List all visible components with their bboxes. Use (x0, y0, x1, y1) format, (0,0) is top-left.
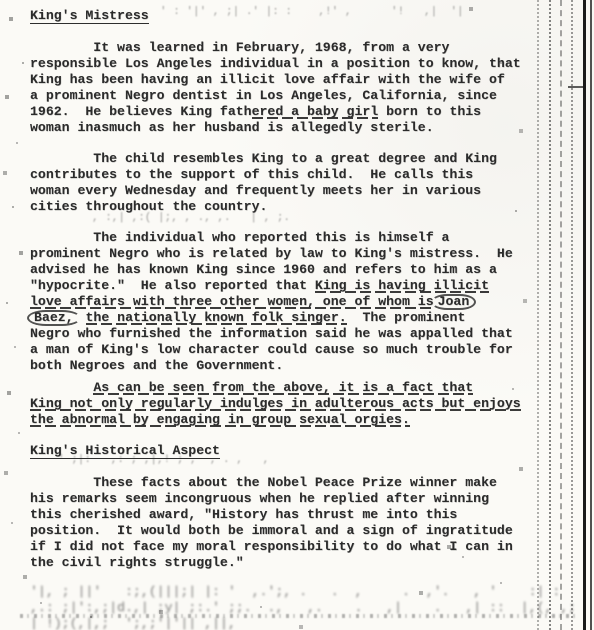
text-segment: | !);(,|,; ';,;'|'|| ,||, (30, 616, 236, 630)
text-segment: contributes to the support of this child… (30, 167, 473, 182)
pen-underline-text: ered a baby girl (252, 104, 379, 119)
text-line: position. It would both be immoral and a… (30, 523, 550, 539)
text-line: Negro who furnished the information said… (30, 326, 550, 342)
text-segment: The prominent (347, 310, 466, 325)
text-segment: if I did not face my moral responsibilit… (30, 539, 513, 554)
text-line: The individual who reported this is hims… (30, 230, 550, 246)
paragraph: These facts about the Nobel Peace Prize … (30, 475, 550, 571)
text-line: this cherished award, "History has thrus… (30, 507, 550, 523)
text-segment: woman every Wednesday and frequently mee… (30, 183, 481, 198)
smudge-lines: '|, ; ||' :;,(|||;| |: ' ,.';, . . , . ,… (30, 584, 550, 630)
text-segment: The child resembles King to a great degr… (30, 151, 497, 166)
document-body: King's Mistress It was learned in Februa… (30, 8, 550, 630)
text-line: his remarks seem incongruous when he rep… (30, 491, 550, 507)
text-segment: born to this (378, 104, 481, 119)
paragraph: As can be seen from the above, it is a f… (30, 380, 550, 428)
text-line: responsible Los Angeles individual in a … (30, 56, 550, 72)
pen-underline-text: love affairs with three other women, one… (30, 294, 434, 309)
pen-underline-text: King is having illicit (315, 278, 489, 293)
text-segment: It was learned in February, 1968, from a… (30, 40, 449, 55)
text-segment: The individual who reported this is hims… (30, 230, 449, 245)
text-line: "hypocrite." He also reported that King … (30, 278, 550, 294)
text-line: contributes to the support of this child… (30, 167, 550, 183)
text-segment: responsible Los Angeles individual in a … (30, 56, 521, 71)
pen-underline-text: King not only regularly indulges in adul… (30, 396, 521, 411)
text-segment (30, 380, 93, 395)
text-segment: this cherished award, "History has thrus… (30, 507, 457, 522)
text-segment: "hypocrite." He also reported that (30, 278, 315, 293)
text-line: The child resembles King to a great degr… (30, 151, 550, 167)
text-segment (78, 310, 86, 325)
text-segment: both Negroes and the Government. (30, 358, 283, 373)
text-line: King has been having an illicit love aff… (30, 72, 550, 88)
underlined-heading-text: King's Mistress (30, 8, 149, 24)
text-segment: '|, ; ||' :;,(|||;| |: ' ,.';, . . , . ,… (30, 584, 560, 599)
paragraph: The individual who reported this is hims… (30, 230, 550, 374)
pen-circled-text: Baez, (27, 310, 81, 326)
scan-artifact-dotted-line (549, 0, 551, 630)
scan-smudge-text: , :,| ,:( |;, , ., ,. | , ;. (92, 212, 290, 224)
text-line: love affairs with three other women, one… (30, 294, 550, 310)
text-line: prominent Negro who is related by law to… (30, 246, 550, 262)
text-segment: woman inasmuch as her husband is alleged… (30, 120, 434, 135)
text-segment: a prominent Negro dentist in Los Angeles… (30, 88, 497, 103)
text-segment: These facts about the Nobel Peace Prize … (30, 475, 497, 490)
text-line: 1962. He believes King fathered a baby g… (30, 104, 550, 120)
scan-artifact-dotted-line (537, 0, 539, 630)
text-segment: ,.: ;|':,;|d.,| ;y| ;:.' ;;. ., ,. . ,| … (30, 600, 576, 615)
text-line: both Negroes and the Government. (30, 358, 550, 374)
text-segment: a man of King's low character could caus… (30, 342, 513, 357)
text-segment: Negro who furnished the information said… (30, 326, 513, 341)
text-segment: his remarks seem incongruous when he rep… (30, 491, 489, 506)
text-segment: prominent Negro who is related by law to… (30, 246, 513, 261)
pen-underline-text: the nationally known folk singer. (86, 310, 347, 325)
text-line: a man of King's low character could caus… (30, 342, 550, 358)
scan-artifact-edge-line (583, 0, 586, 630)
text-segment: 1962. He believes King fath (30, 104, 252, 119)
text-segment: advised he has known King since 1960 and… (30, 262, 497, 277)
scan-artifact-smear (20, 614, 580, 618)
text-line: | !);(,|,; ';,;'|'|| ,||, (30, 616, 550, 630)
text-line: the civil rights struggle." (30, 555, 550, 571)
text-line: As can be seen from the above, it is a f… (30, 380, 550, 396)
scan-artifact-dotted-line (571, 0, 573, 630)
text-line: King not only regularly indulges in adul… (30, 396, 550, 412)
text-line: '|, ; ||' :;,(|||;| |: ' ,.';, . . , . ,… (30, 584, 550, 600)
text-line: the abnormal by engaging in group sexual… (30, 412, 550, 428)
pen-circled-text: Joan (431, 294, 477, 310)
text-line: woman every Wednesday and frequently mee… (30, 183, 550, 199)
scan-smudge-text: ' : '|' , ;| .' |: : ,!' , '! ,| '| (160, 6, 464, 18)
pen-underline-text: the abnormal by engaging in group sexual… (30, 412, 410, 427)
scanned-document-page: King's Mistress It was learned in Februa… (0, 0, 594, 630)
text-segment: King has been having an illicit love aff… (30, 72, 505, 87)
text-line: if I did not face my moral responsibilit… (30, 539, 550, 555)
paragraph: The child resembles King to a great degr… (30, 151, 550, 215)
scan-speckle-noise (0, 0, 2, 2)
text-line: woman inasmuch as her husband is alleged… (30, 120, 550, 136)
text-line: a prominent Negro dentist in Los Angeles… (30, 88, 550, 104)
text-segment: the civil rights struggle." (30, 555, 244, 570)
pen-underline-text: As can be seen from the above, it is a f… (93, 380, 473, 395)
text-line: advised he has known King since 1960 and… (30, 262, 550, 278)
scan-artifact-tick (568, 86, 584, 88)
text-line: Baez, the nationally known folk singer. … (30, 310, 550, 326)
paragraph: It was learned in February, 1968, from a… (30, 40, 550, 136)
scan-artifact-dotted-line (560, 0, 562, 630)
scan-artifact-edge-line (590, 0, 592, 630)
scan-smudge-text: ' ;|: ,: ; ,|,! ; , , . , , (58, 454, 269, 466)
text-segment: position. It would both be immoral and a… (30, 523, 513, 538)
text-line: These facts about the Nobel Peace Prize … (30, 475, 550, 491)
text-line: It was learned in February, 1968, from a… (30, 40, 550, 56)
